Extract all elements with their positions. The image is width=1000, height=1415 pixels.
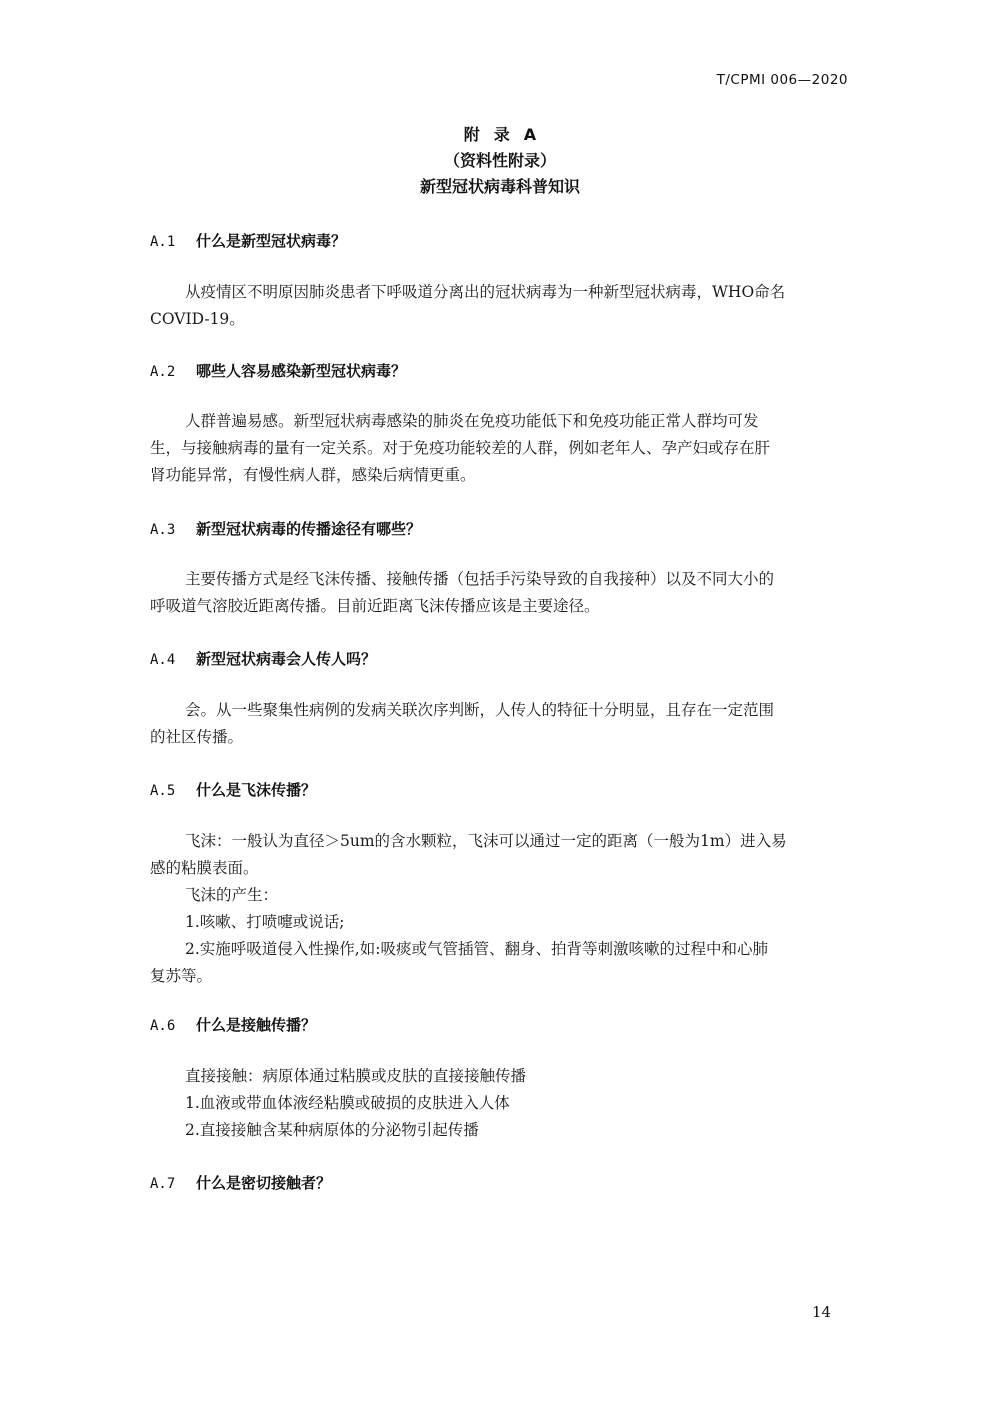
- body-line: 复苏等。: [150, 963, 850, 990]
- body-line: 呼吸道气溶胶近距离传播。目前近距离飞沫传播应该是主要途径。: [150, 593, 850, 620]
- section-heading-a5: A.5什么是飞沫传播？: [150, 779, 316, 800]
- body-line: 感的粘膜表面。: [150, 855, 850, 882]
- list-item: 1.咳嗽、打喷嚏或说话;: [150, 909, 850, 936]
- section-body-a4: 会。从一些聚集性病例的发病关联次序判断，人传人的特征十分明显，且存在一定范围 的…: [150, 697, 850, 751]
- standard-code: T/CPMI 006—2020: [717, 72, 848, 88]
- section-body-a3: 主要传播方式是经飞沫传播、接触传播（包括手污染导致的自我接种）以及不同大小的 呼…: [150, 566, 850, 620]
- section-heading-a3: A.3新型冠状病毒的传播途径有哪些？: [150, 518, 421, 539]
- section-heading-a7: A.7什么是密切接触者？: [150, 1172, 331, 1193]
- section-body-a2: 人群普遍易感。新型冠状病毒感染的肺炎在免疫功能低下和免疫功能正常人群均可发 生，…: [150, 408, 850, 489]
- list-item: 2.直接接触含某种病原体的分泌物引起传播: [150, 1117, 850, 1144]
- body-line: 飞沫：一般认为直径＞5um的含水颗粒，飞沫可以通过一定的距离（一般为1m）进入易: [150, 828, 850, 855]
- body-line: 从疫情区不明原因肺炎患者下呼吸道分离出的冠状病毒为一种新型冠状病毒，WHO命名: [150, 279, 850, 306]
- body-line: 肾功能异常，有慢性病人群，感染后病情更重。: [150, 462, 850, 489]
- list-item: 1.血液或带血体液经粘膜或破损的皮肤进入人体: [150, 1090, 850, 1117]
- section-heading-a4: A.4新型冠状病毒会人传人吗？: [150, 648, 376, 669]
- body-line: 主要传播方式是经飞沫传播、接触传播（包括手污染导致的自我接种）以及不同大小的: [150, 566, 850, 593]
- body-line: 会。从一些聚集性病例的发病关联次序判断，人传人的特征十分明显，且存在一定范围: [150, 697, 850, 724]
- section-number: A.1: [150, 234, 196, 250]
- section-body-a5: 飞沫：一般认为直径＞5um的含水颗粒，飞沫可以通过一定的距离（一般为1m）进入易…: [150, 828, 850, 990]
- section-question: 哪些人容易感染新型冠状病毒？: [196, 362, 406, 380]
- section-number: A.6: [150, 1018, 196, 1034]
- section-number: A.3: [150, 522, 196, 538]
- section-number: A.4: [150, 652, 196, 668]
- section-question: 新型冠状病毒会人传人吗？: [196, 650, 376, 668]
- section-question: 什么是飞沫传播？: [196, 781, 316, 799]
- section-body-a1: 从疫情区不明原因肺炎患者下呼吸道分离出的冠状病毒为一种新型冠状病毒，WHO命名 …: [150, 279, 850, 333]
- appendix-type: （资料性附录）: [0, 148, 1000, 174]
- body-line: COVID-19。: [150, 306, 850, 333]
- section-question: 什么是新型冠状病毒？: [196, 232, 346, 250]
- appendix-title: 新型冠状病毒科普知识: [0, 174, 1000, 200]
- body-line: 人群普遍易感。新型冠状病毒感染的肺炎在免疫功能低下和免疫功能正常人群均可发: [150, 408, 850, 435]
- section-question: 新型冠状病毒的传播途径有哪些？: [196, 520, 421, 538]
- section-heading-a2: A.2哪些人容易感染新型冠状病毒？: [150, 360, 406, 381]
- section-number: A.2: [150, 364, 196, 380]
- body-line: 生，与接触病毒的量有一定关系。对于免疫功能较差的人群，例如老年人、孕产妇或存在肝: [150, 435, 850, 462]
- section-heading-a1: A.1什么是新型冠状病毒？: [150, 230, 346, 251]
- section-question: 什么是接触传播？: [196, 1016, 316, 1034]
- section-heading-a6: A.6什么是接触传播？: [150, 1014, 316, 1035]
- list-item: 2.实施呼吸道侵入性操作,如:吸痰或气管插管、翻身、拍背等刺激咳嗽的过程中和心肺: [150, 936, 850, 963]
- section-body-a6: 直接接触：病原体通过粘膜或皮肤的直接接触传播 1.血液或带血体液经粘膜或破损的皮…: [150, 1063, 850, 1144]
- appendix-header: 附录A （资料性附录） 新型冠状病毒科普知识: [0, 122, 1000, 200]
- section-question: 什么是密切接触者？: [196, 1174, 331, 1192]
- body-line: 直接接触：病原体通过粘膜或皮肤的直接接触传播: [150, 1063, 850, 1090]
- appendix-label: 附录A: [0, 122, 1000, 148]
- body-line: 飞沫的产生：: [150, 882, 850, 909]
- section-number: A.7: [150, 1176, 196, 1192]
- page-number: 14: [812, 1303, 831, 1321]
- section-number: A.5: [150, 783, 196, 799]
- body-line: 的社区传播。: [150, 724, 850, 751]
